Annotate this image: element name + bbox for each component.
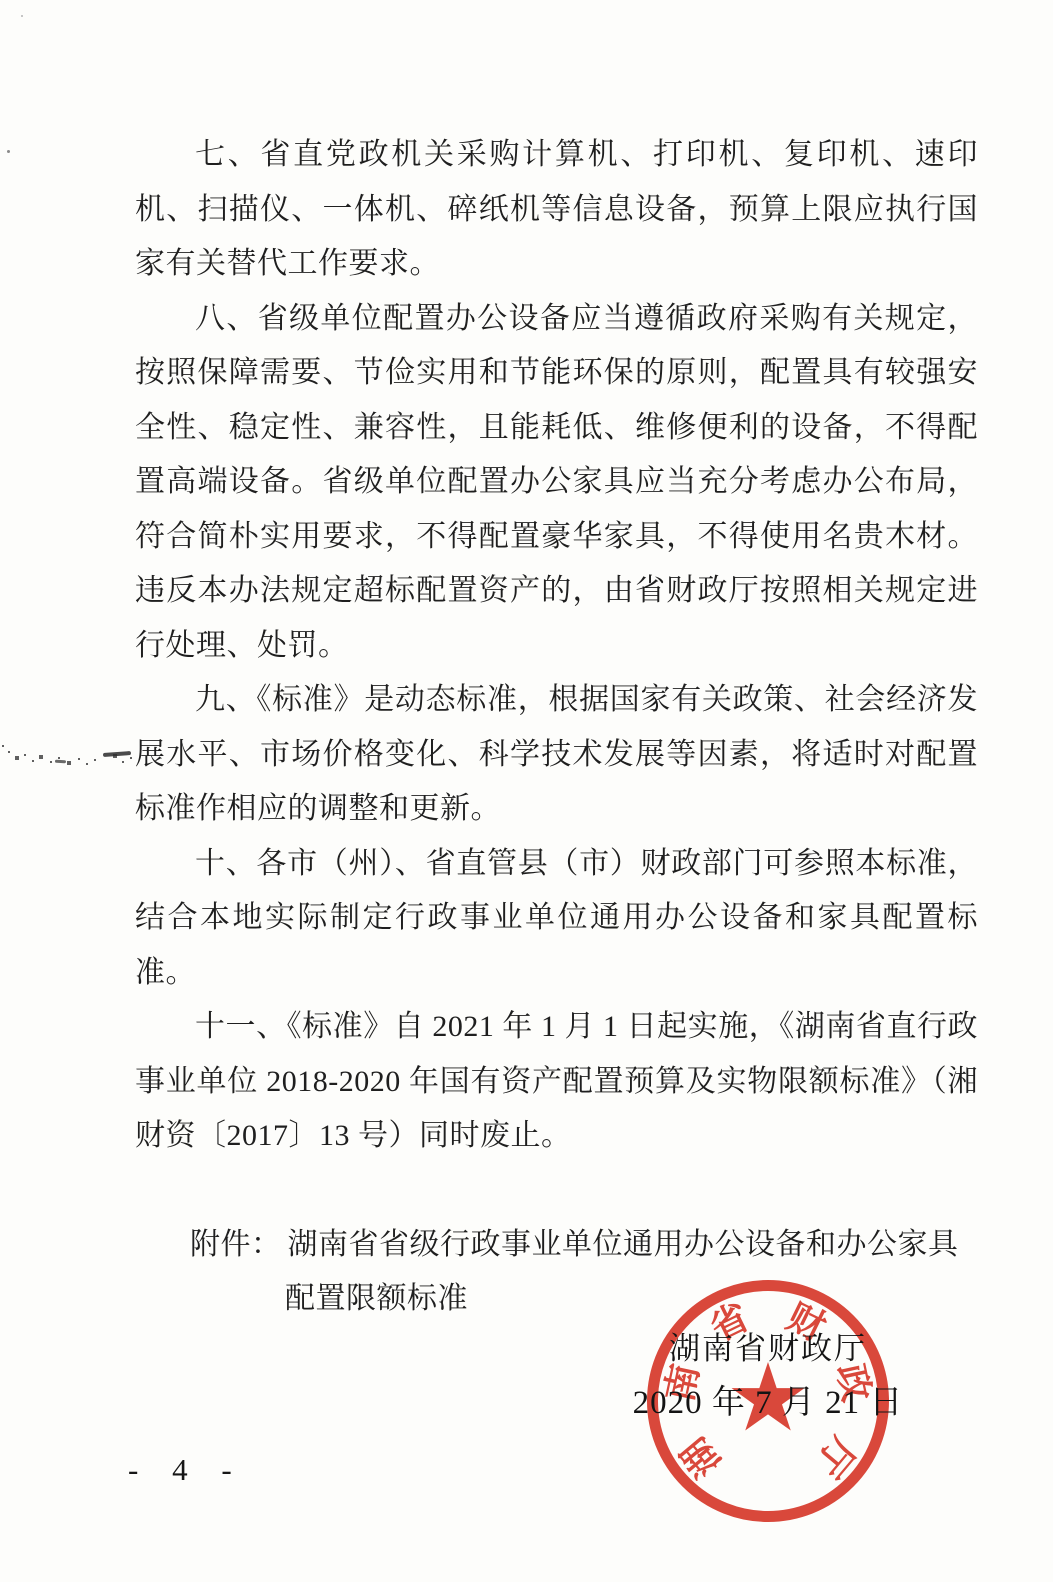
document-page: { "page": { "page_number": "- 4 -", "pap… — [0, 0, 1053, 1582]
paragraph-4: 十、各市（州）、省直管县（市）财政部门可参照本标准，结合本地实际制定行政事业单位… — [135, 837, 978, 1001]
scan-artifact-speckles — [2, 745, 4, 747]
scan-artifact-dash-small — [55, 760, 66, 764]
seal-date: 2020 年 7 月 21 日 — [568, 1376, 968, 1423]
paragraph-3: 九、《标准》是动态标准，根据国家有关政策、社会经济发展水平、市场价格变化、科学技… — [135, 673, 978, 837]
paragraph-2: 八、省级单位配置办公设备应当遵循政府采购有关规定，按照保障需要、节俭实用和节能环… — [135, 292, 978, 674]
document-body: 七、省直党政机关采购计算机、打印机、复印机、速印机、扫描仪、一体机、碎纸机等信息… — [0, 0, 1053, 1327]
attachment-title-part1: 湖南省省级行政事业单位通用办公设备和办公家具 — [288, 1228, 959, 1261]
scan-artifact-dot — [7, 150, 10, 153]
attachment-label: 附件： — [190, 1228, 282, 1261]
attachment-line-1: 附件：湖南省省级行政事业单位通用办公设备和办公家具 — [190, 1218, 978, 1273]
seal-agency-name: 湖南省财政厅 — [568, 1323, 968, 1368]
paragraph-list: 七、省直党政机关采购计算机、打印机、复印机、速印机、扫描仪、一体机、碎纸机等信息… — [135, 128, 978, 1164]
paragraph-1: 七、省直党政机关采购计算机、打印机、复印机、速印机、扫描仪、一体机、碎纸机等信息… — [135, 128, 978, 292]
page-number: - 4 - — [128, 1452, 245, 1488]
scan-artifact-dot — [21, 15, 23, 17]
paragraph-5: 十一、《标准》自 2021 年 1 月 1 日起实施，《湖南省直行政事业单位 2… — [135, 1000, 978, 1164]
